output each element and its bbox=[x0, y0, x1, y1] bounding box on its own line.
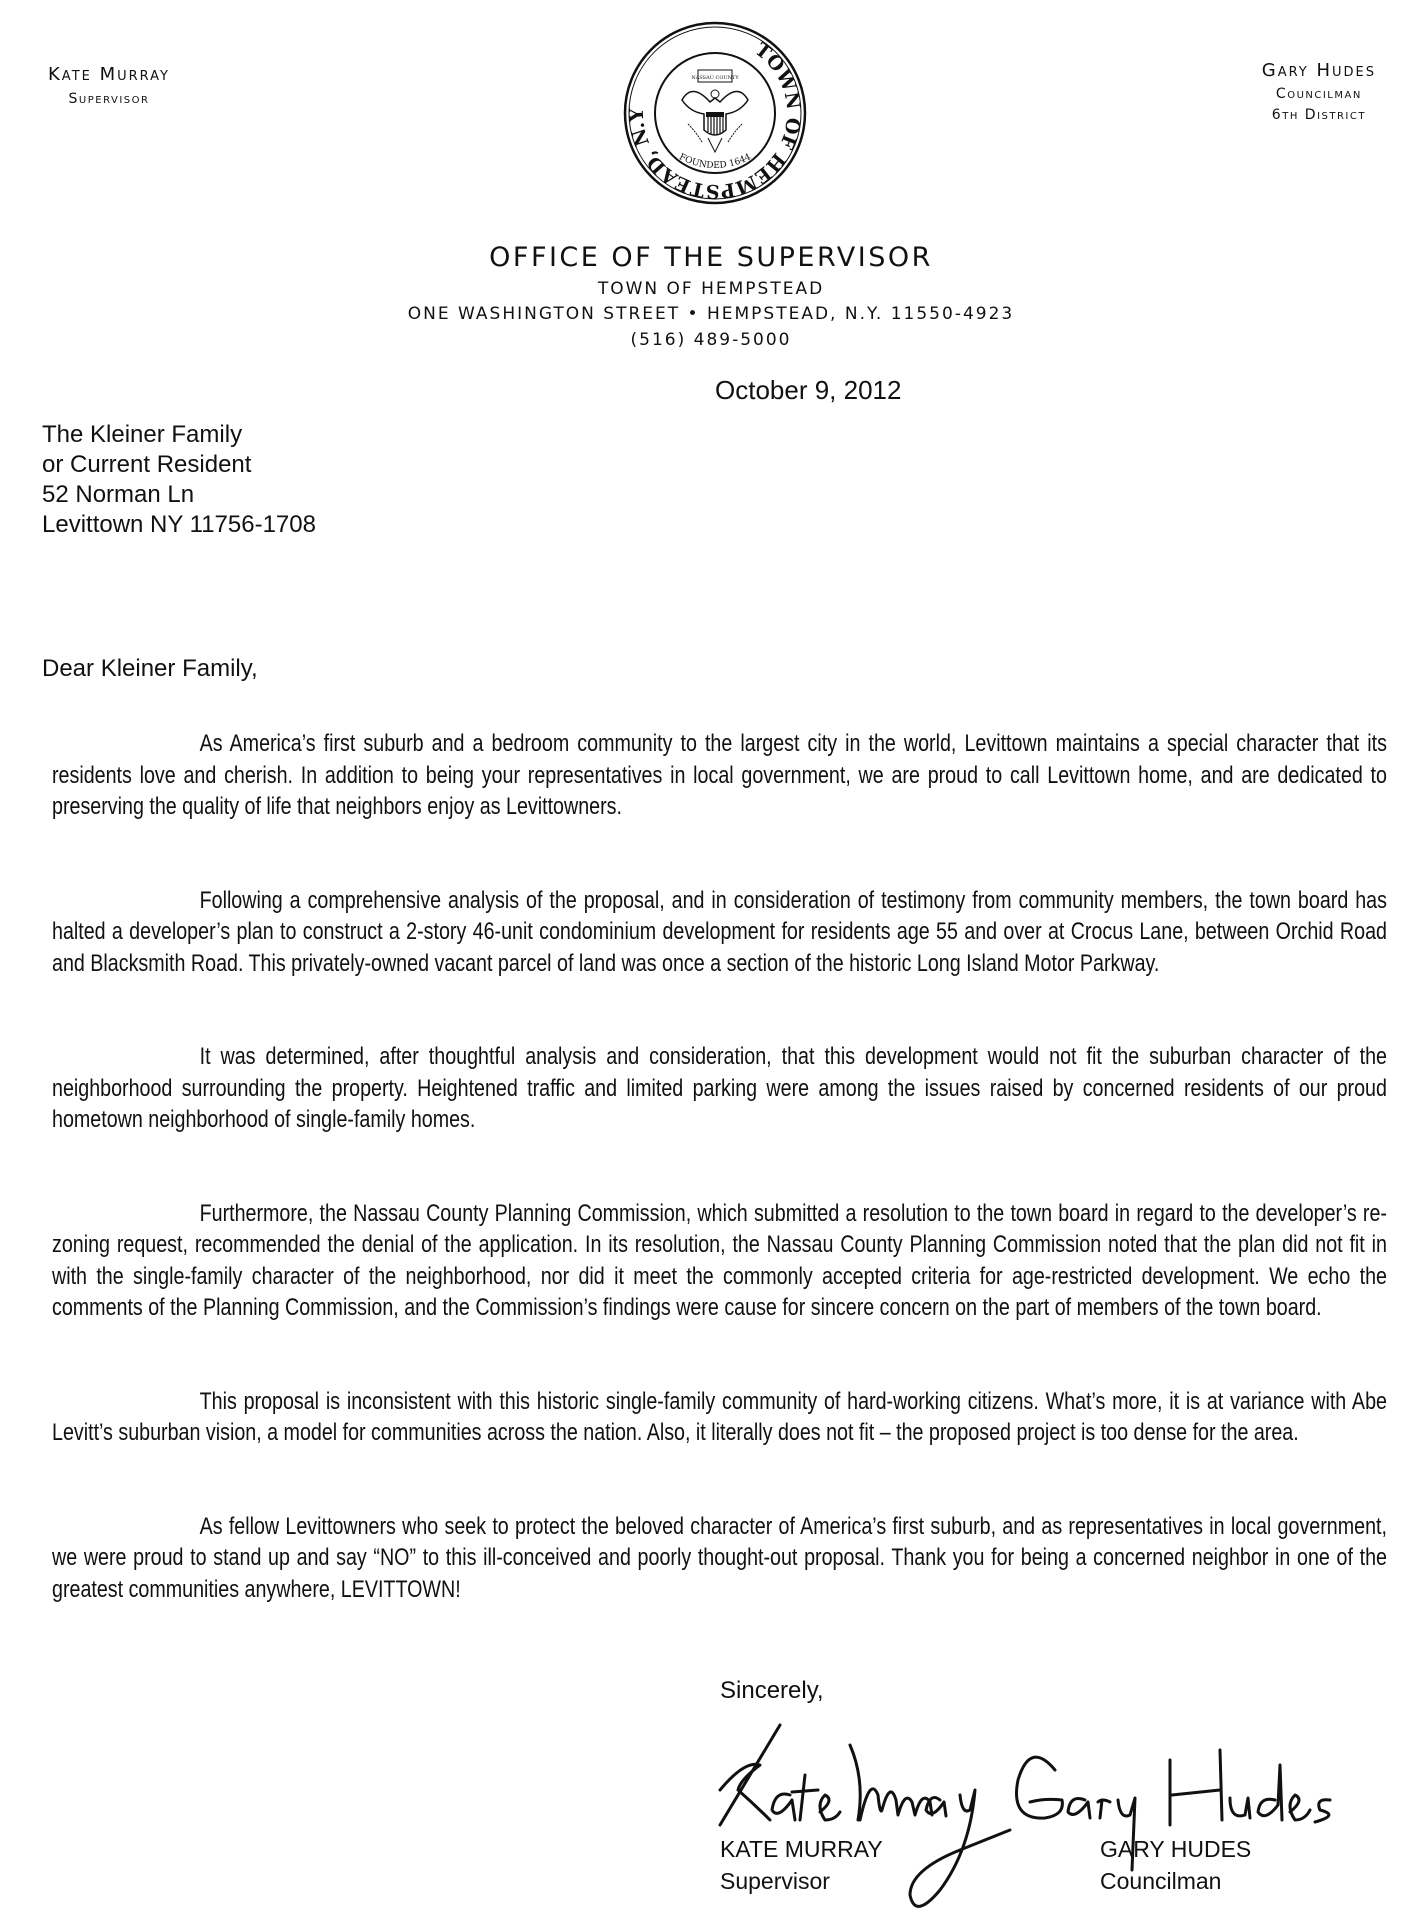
signatory-title-kate-murray: Supervisor bbox=[720, 1868, 830, 1895]
recipient-address: The Kleiner Family or Current Resident 5… bbox=[42, 420, 316, 540]
letterhead-supervisor: Kate Murray Supervisor bbox=[48, 64, 170, 107]
eagle-seal-icon: TOWN OF HEMPSTEAD, N.Y. FOUNDED 1644 NAS… bbox=[622, 20, 808, 206]
recipient-line: Levittown NY 11756-1708 bbox=[42, 510, 316, 540]
councilman-name: Gary Hudes bbox=[1262, 60, 1376, 81]
recipient-line: or Current Resident bbox=[42, 450, 316, 480]
signatory-title-gary-hudes: Councilman bbox=[1100, 1868, 1221, 1895]
office-town: TOWN OF HEMPSTEAD bbox=[0, 279, 1422, 299]
salutation: Dear Kleiner Family, bbox=[42, 655, 258, 683]
svg-text:FOUNDED 1644: FOUNDED 1644 bbox=[677, 152, 753, 171]
body-paragraph: Following a comprehensive analysis of th… bbox=[52, 885, 1387, 980]
office-title: OFFICE OF THE SUPERVISOR bbox=[0, 242, 1422, 273]
recipient-line: The Kleiner Family bbox=[42, 420, 316, 450]
supervisor-name: Kate Murray bbox=[48, 64, 170, 85]
letter-body: As America’s first suburb and a bedroom … bbox=[52, 728, 1387, 1667]
signatory-name-gary-hudes: GARY HUDES bbox=[1100, 1836, 1251, 1863]
councilman-title: Councilman bbox=[1262, 86, 1376, 102]
supervisor-title: Supervisor bbox=[48, 91, 170, 107]
town-seal: TOWN OF HEMPSTEAD, N.Y. FOUNDED 1644 NAS… bbox=[622, 20, 808, 206]
letterhead-councilman: Gary Hudes Councilman 6th District bbox=[1262, 60, 1376, 123]
recipient-line: 52 Norman Ln bbox=[42, 480, 316, 510]
councilman-district: 6th District bbox=[1262, 107, 1376, 123]
body-paragraph: This proposal is inconsistent with this … bbox=[52, 1386, 1387, 1449]
office-address: ONE WASHINGTON STREET • HEMPSTEAD, N.Y. … bbox=[0, 304, 1422, 324]
letter-date: October 9, 2012 bbox=[715, 375, 901, 406]
signatory-name-kate-murray: KATE MURRAY bbox=[720, 1836, 883, 1863]
body-paragraph: It was determined, after thoughtful anal… bbox=[52, 1041, 1387, 1136]
office-phone: (516) 489-5000 bbox=[0, 330, 1422, 350]
body-paragraph: As America’s first suburb and a bedroom … bbox=[52, 728, 1387, 823]
closing: Sincerely, bbox=[720, 1677, 824, 1705]
body-paragraph: As fellow Levittowners who seek to prote… bbox=[52, 1511, 1387, 1606]
svg-text:NASSAU COUNTY: NASSAU COUNTY bbox=[691, 75, 739, 81]
body-paragraph: Furthermore, the Nassau County Planning … bbox=[52, 1198, 1387, 1324]
